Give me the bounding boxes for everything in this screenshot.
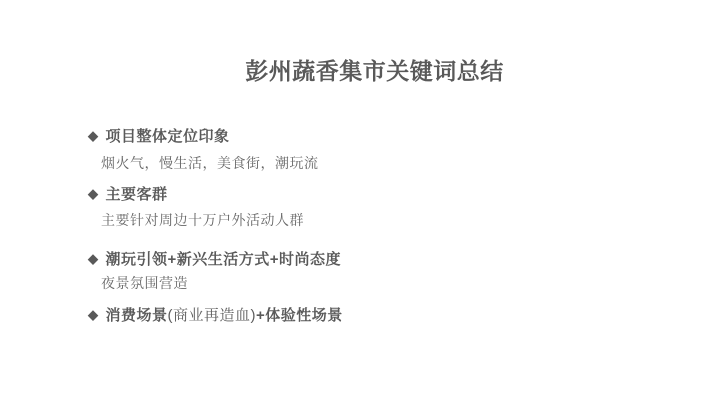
section-heading-bold-tail: +体验性场景 bbox=[256, 307, 343, 324]
diamond-bullet-icon: ◆ bbox=[88, 184, 99, 204]
section-heading: ◆项目整体定位印象 bbox=[88, 126, 720, 147]
section-heading: ◆潮玩引领+新兴生活方式+时尚态度 bbox=[88, 249, 720, 270]
section-consumption-scene: ◆消费场景(商业再造血)+体验性场景 bbox=[0, 305, 720, 326]
slide-body: ◆项目整体定位印象 烟火气，慢生活，美食街，潮玩流 ◆主要客群 主要针对周边十万… bbox=[0, 126, 720, 326]
section-heading-text: 主要客群 bbox=[106, 186, 168, 203]
diamond-bullet-icon: ◆ bbox=[88, 305, 99, 325]
diamond-bullet-icon: ◆ bbox=[88, 126, 99, 146]
section-detail-text: 主要针对周边十万户外活动人群 bbox=[101, 210, 720, 230]
section-heading-text: 项目整体定位印象 bbox=[106, 128, 230, 145]
slide-title: 彭州蔬香集市关键词总结 bbox=[29, 57, 720, 85]
section-detail-text: 夜景氛围营造 bbox=[101, 273, 720, 293]
section-customers: ◆主要客群 主要针对周边十万户外活动人群 bbox=[0, 184, 720, 230]
section-heading: ◆主要客群 bbox=[88, 184, 720, 205]
section-heading: ◆消费场景(商业再造血)+体验性场景 bbox=[88, 305, 720, 326]
section-heading-regular-paren: (商业再造血) bbox=[168, 307, 257, 324]
section-trend-lifestyle: ◆潮玩引领+新兴生活方式+时尚态度 夜景氛围营造 bbox=[0, 249, 720, 293]
section-positioning: ◆项目整体定位印象 烟火气，慢生活，美食街，潮玩流 bbox=[0, 126, 720, 173]
section-heading-text: 潮玩引领+新兴生活方式+时尚态度 bbox=[106, 251, 342, 268]
section-detail-text: 烟火气，慢生活，美食街，潮玩流 bbox=[101, 153, 720, 173]
presentation-slide: 彭州蔬香集市关键词总结 ◆项目整体定位印象 烟火气，慢生活，美食街，潮玩流 ◆主… bbox=[0, 0, 720, 405]
diamond-bullet-icon: ◆ bbox=[88, 249, 99, 269]
section-heading-bold-lead: 消费场景 bbox=[106, 307, 168, 324]
